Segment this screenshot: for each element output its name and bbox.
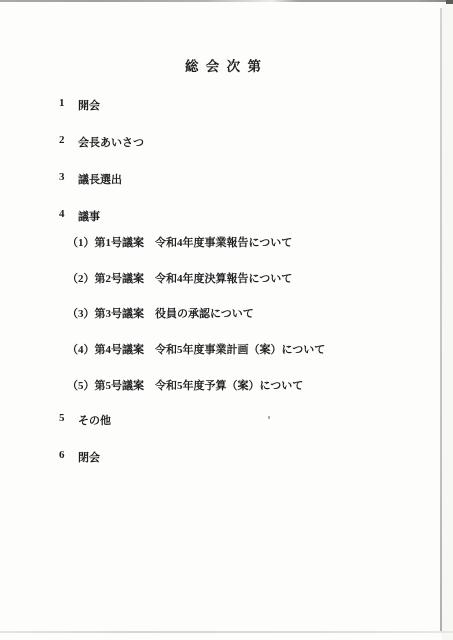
agenda-item-3: 3 議長選出 — [59, 171, 122, 187]
subitem-case: 第3号議案 — [95, 308, 145, 320]
agenda-item-label: 議長選出 — [78, 171, 122, 187]
document-title: 総 会 次 第 — [0, 55, 448, 75]
subitem-number: （5） — [67, 380, 95, 392]
agenda-item-number: 2 — [59, 134, 78, 150]
agenda-item-label: その他 — [78, 412, 111, 428]
subitem-case: 第1号議案 — [95, 237, 145, 249]
subitem-number: （3） — [67, 308, 95, 320]
agenda-subitem-3: （3）第3号議案役員の承認について — [56, 293, 254, 333]
agenda-item-1: 1 開会 — [59, 97, 100, 113]
subitem-description: 役員の承認について — [155, 308, 254, 320]
scan-edge-right — [440, 8, 442, 632]
scan-margin-strip — [442, 0, 453, 640]
scan-corner-mark — [446, 0, 453, 4]
agenda-item-label: 会長あいさつ — [78, 134, 144, 150]
subitem-description: 令和4年度事業報告について — [155, 237, 292, 249]
subitem-description: 令和5年度予算（案）について — [155, 380, 303, 392]
scan-speck — [268, 416, 270, 419]
agenda-item-6: 6 閉会 — [59, 449, 100, 465]
agenda-item-2: 2 会長あいさつ — [59, 134, 144, 150]
agenda-item-number: 5 — [59, 412, 78, 428]
agenda-item-number: 6 — [59, 449, 78, 465]
subitem-case: 第2号議案 — [95, 273, 145, 285]
subitem-description: 令和5年度事業計画（案）について — [155, 344, 325, 356]
agenda-item-5: 5 その他 — [59, 412, 111, 428]
agenda-subitem-2: （2）第2号議案令和4年度決算報告について — [56, 258, 292, 298]
agenda-subitem-1: （1）第1号議案令和4年度事業報告について — [56, 222, 292, 262]
scan-edge-bottom — [0, 631, 453, 633]
subitem-case: 第4号議案 — [95, 344, 145, 356]
agenda-item-label: 開会 — [78, 97, 100, 113]
agenda-subitem-4: （4）第4号議案令和5年度事業計画（案）について — [56, 329, 325, 369]
scan-edge-top — [0, 0, 453, 2]
subitem-number: （2） — [67, 273, 95, 285]
subitem-case: 第5号議案 — [95, 380, 145, 392]
scanned-document-page: 総 会 次 第 1 開会 2 会長あいさつ 3 議長選出 4 議事 （1）第1号… — [0, 0, 453, 640]
agenda-item-number: 1 — [59, 97, 78, 113]
agenda-subitem-5: （5）第5号議案令和5年度予算（案）について — [56, 365, 303, 405]
agenda-item-number: 3 — [59, 171, 78, 187]
subitem-number: （1） — [67, 237, 95, 249]
subitem-number: （4） — [67, 344, 95, 356]
agenda-item-label: 閉会 — [78, 449, 100, 465]
subitem-description: 令和4年度決算報告について — [155, 273, 292, 285]
